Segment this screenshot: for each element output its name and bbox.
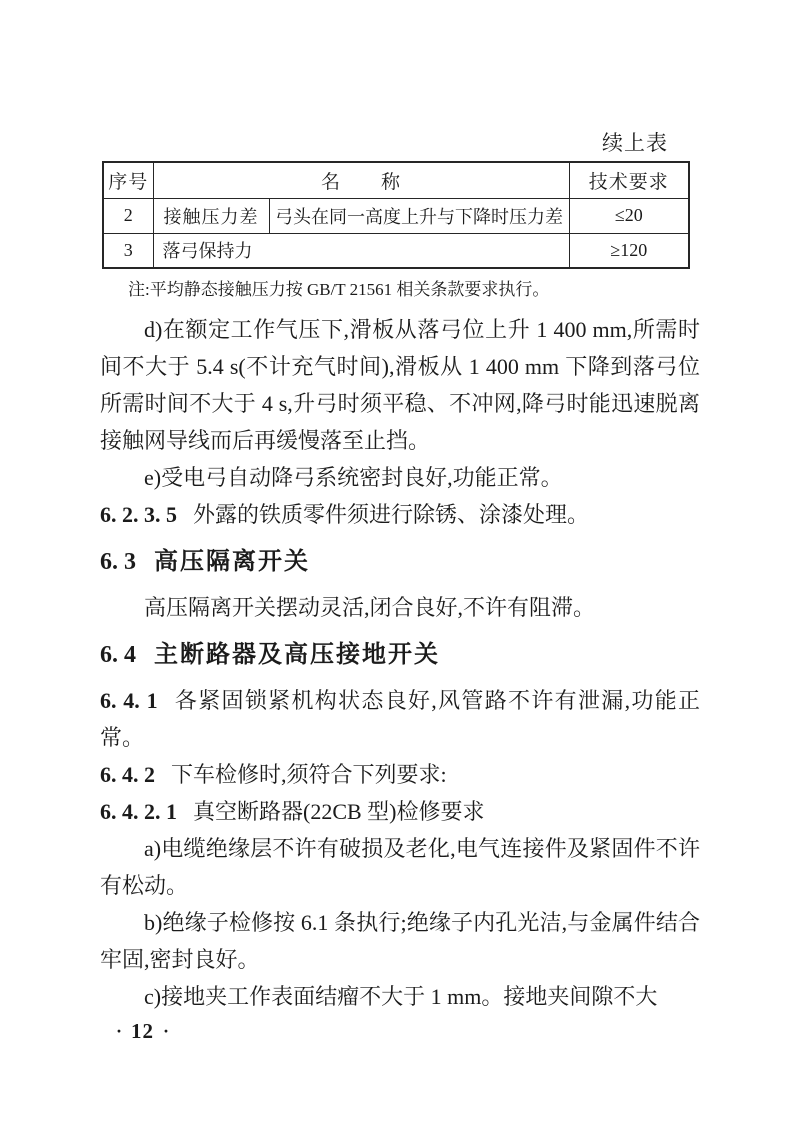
table-note: 注:平均静态接触压力按 GB/T 21561 相关条款要求执行。 — [128, 279, 700, 301]
clause-6-4-1: 6. 4. 1各紧固锁紧机构状态良好,风管路不许有泄漏,功能正常。 — [100, 682, 700, 756]
clause-number: 6. 4. 1 — [100, 688, 158, 713]
section-title: 主断路器及高压接地开关 — [154, 641, 440, 668]
table-row: 3 落弓保持力 ≥120 — [103, 233, 689, 268]
clause-text: 下车检修时,须符合下列要求: — [171, 762, 447, 787]
clause-6-4-2: 6. 4. 2下车检修时,须符合下列要求: — [100, 756, 700, 793]
body-text: d)在额定工作气压下,滑板从落弓位上升 1 400 mm,所需时间不大于 5.4… — [100, 311, 700, 1015]
page-footer: · 12 · — [116, 1019, 169, 1043]
list-item-d: d)在额定工作气压下,滑板从落弓位上升 1 400 mm,所需时间不大于 5.4… — [100, 311, 700, 459]
document-page: 续上表 序号 名 称 技术要求 2 接触压力差 弓头在同一高度上升与下降时压力差… — [0, 0, 800, 1135]
cell-name: 落弓保持力 — [153, 233, 569, 268]
page-number: 12 — [131, 1019, 154, 1043]
list-item-a: a)电缆绝缘层不许有破损及老化,电气连接件及紧固件不许有松动。 — [100, 830, 700, 904]
cell-requirement: ≤20 — [569, 198, 689, 233]
column-header-name: 名 称 — [153, 162, 569, 198]
footer-right-dot: · — [163, 1019, 169, 1043]
spec-table: 序号 名 称 技术要求 2 接触压力差 弓头在同一高度上升与下降时压力差 ≤20… — [102, 161, 690, 269]
table-continuation-label: 续上表 — [100, 131, 700, 155]
table-header-row: 序号 名 称 技术要求 — [103, 162, 689, 198]
clause-6-2-3-5: 6. 2. 3. 5外露的铁质零件须进行除锈、涂漆处理。 — [100, 496, 700, 533]
clause-number: 6. 4. 2 — [100, 762, 155, 787]
clause-text: 外露的铁质零件须进行除锈、涂漆处理。 — [193, 502, 589, 527]
section-number: 6. 4 — [100, 642, 136, 668]
list-item-e: e)受电弓自动降弓系统密封良好,功能正常。 — [100, 459, 700, 496]
cell-name-left: 接触压力差 — [153, 198, 269, 233]
clause-6-4-2-1: 6. 4. 2. 1真空断路器(22CB 型)检修要求 — [100, 793, 700, 830]
column-header-index: 序号 — [103, 162, 153, 198]
footer-left-dot: · — [116, 1019, 122, 1043]
section-heading-6-3: 6. 3高压隔离开关 — [100, 547, 700, 577]
column-header-requirement: 技术要求 — [569, 162, 689, 198]
clause-number: 6. 2. 3. 5 — [100, 502, 177, 527]
section-title: 高压隔离开关 — [154, 548, 310, 575]
table-row: 2 接触压力差 弓头在同一高度上升与下降时压力差 ≤20 — [103, 198, 689, 233]
clause-text: 各紧固锁紧机构状态良好,风管路不许有泄漏,功能正常。 — [100, 688, 700, 750]
page-content: 续上表 序号 名 称 技术要求 2 接触压力差 弓头在同一高度上升与下降时压力差… — [100, 131, 700, 1015]
paragraph-6-3: 高压隔离开关摆动灵活,闭合良好,不许有阻滞。 — [100, 589, 700, 626]
list-item-b: b)绝缘子检修按 6.1 条执行;绝缘子内孔光洁,与金属件结合牢固,密封良好。 — [100, 904, 700, 978]
cell-requirement: ≥120 — [569, 233, 689, 268]
list-item-c: c)接地夹工作表面结瘤不大于 1 mm。接地夹间隙不大 — [100, 978, 700, 1015]
cell-index: 3 — [103, 233, 153, 268]
clause-number: 6. 4. 2. 1 — [100, 799, 177, 824]
cell-name-right: 弓头在同一高度上升与下降时压力差 — [269, 198, 569, 233]
section-heading-6-4: 6. 4主断路器及高压接地开关 — [100, 640, 700, 670]
clause-text: 真空断路器(22CB 型)检修要求 — [193, 799, 485, 824]
section-number: 6. 3 — [100, 549, 136, 575]
cell-index: 2 — [103, 198, 153, 233]
